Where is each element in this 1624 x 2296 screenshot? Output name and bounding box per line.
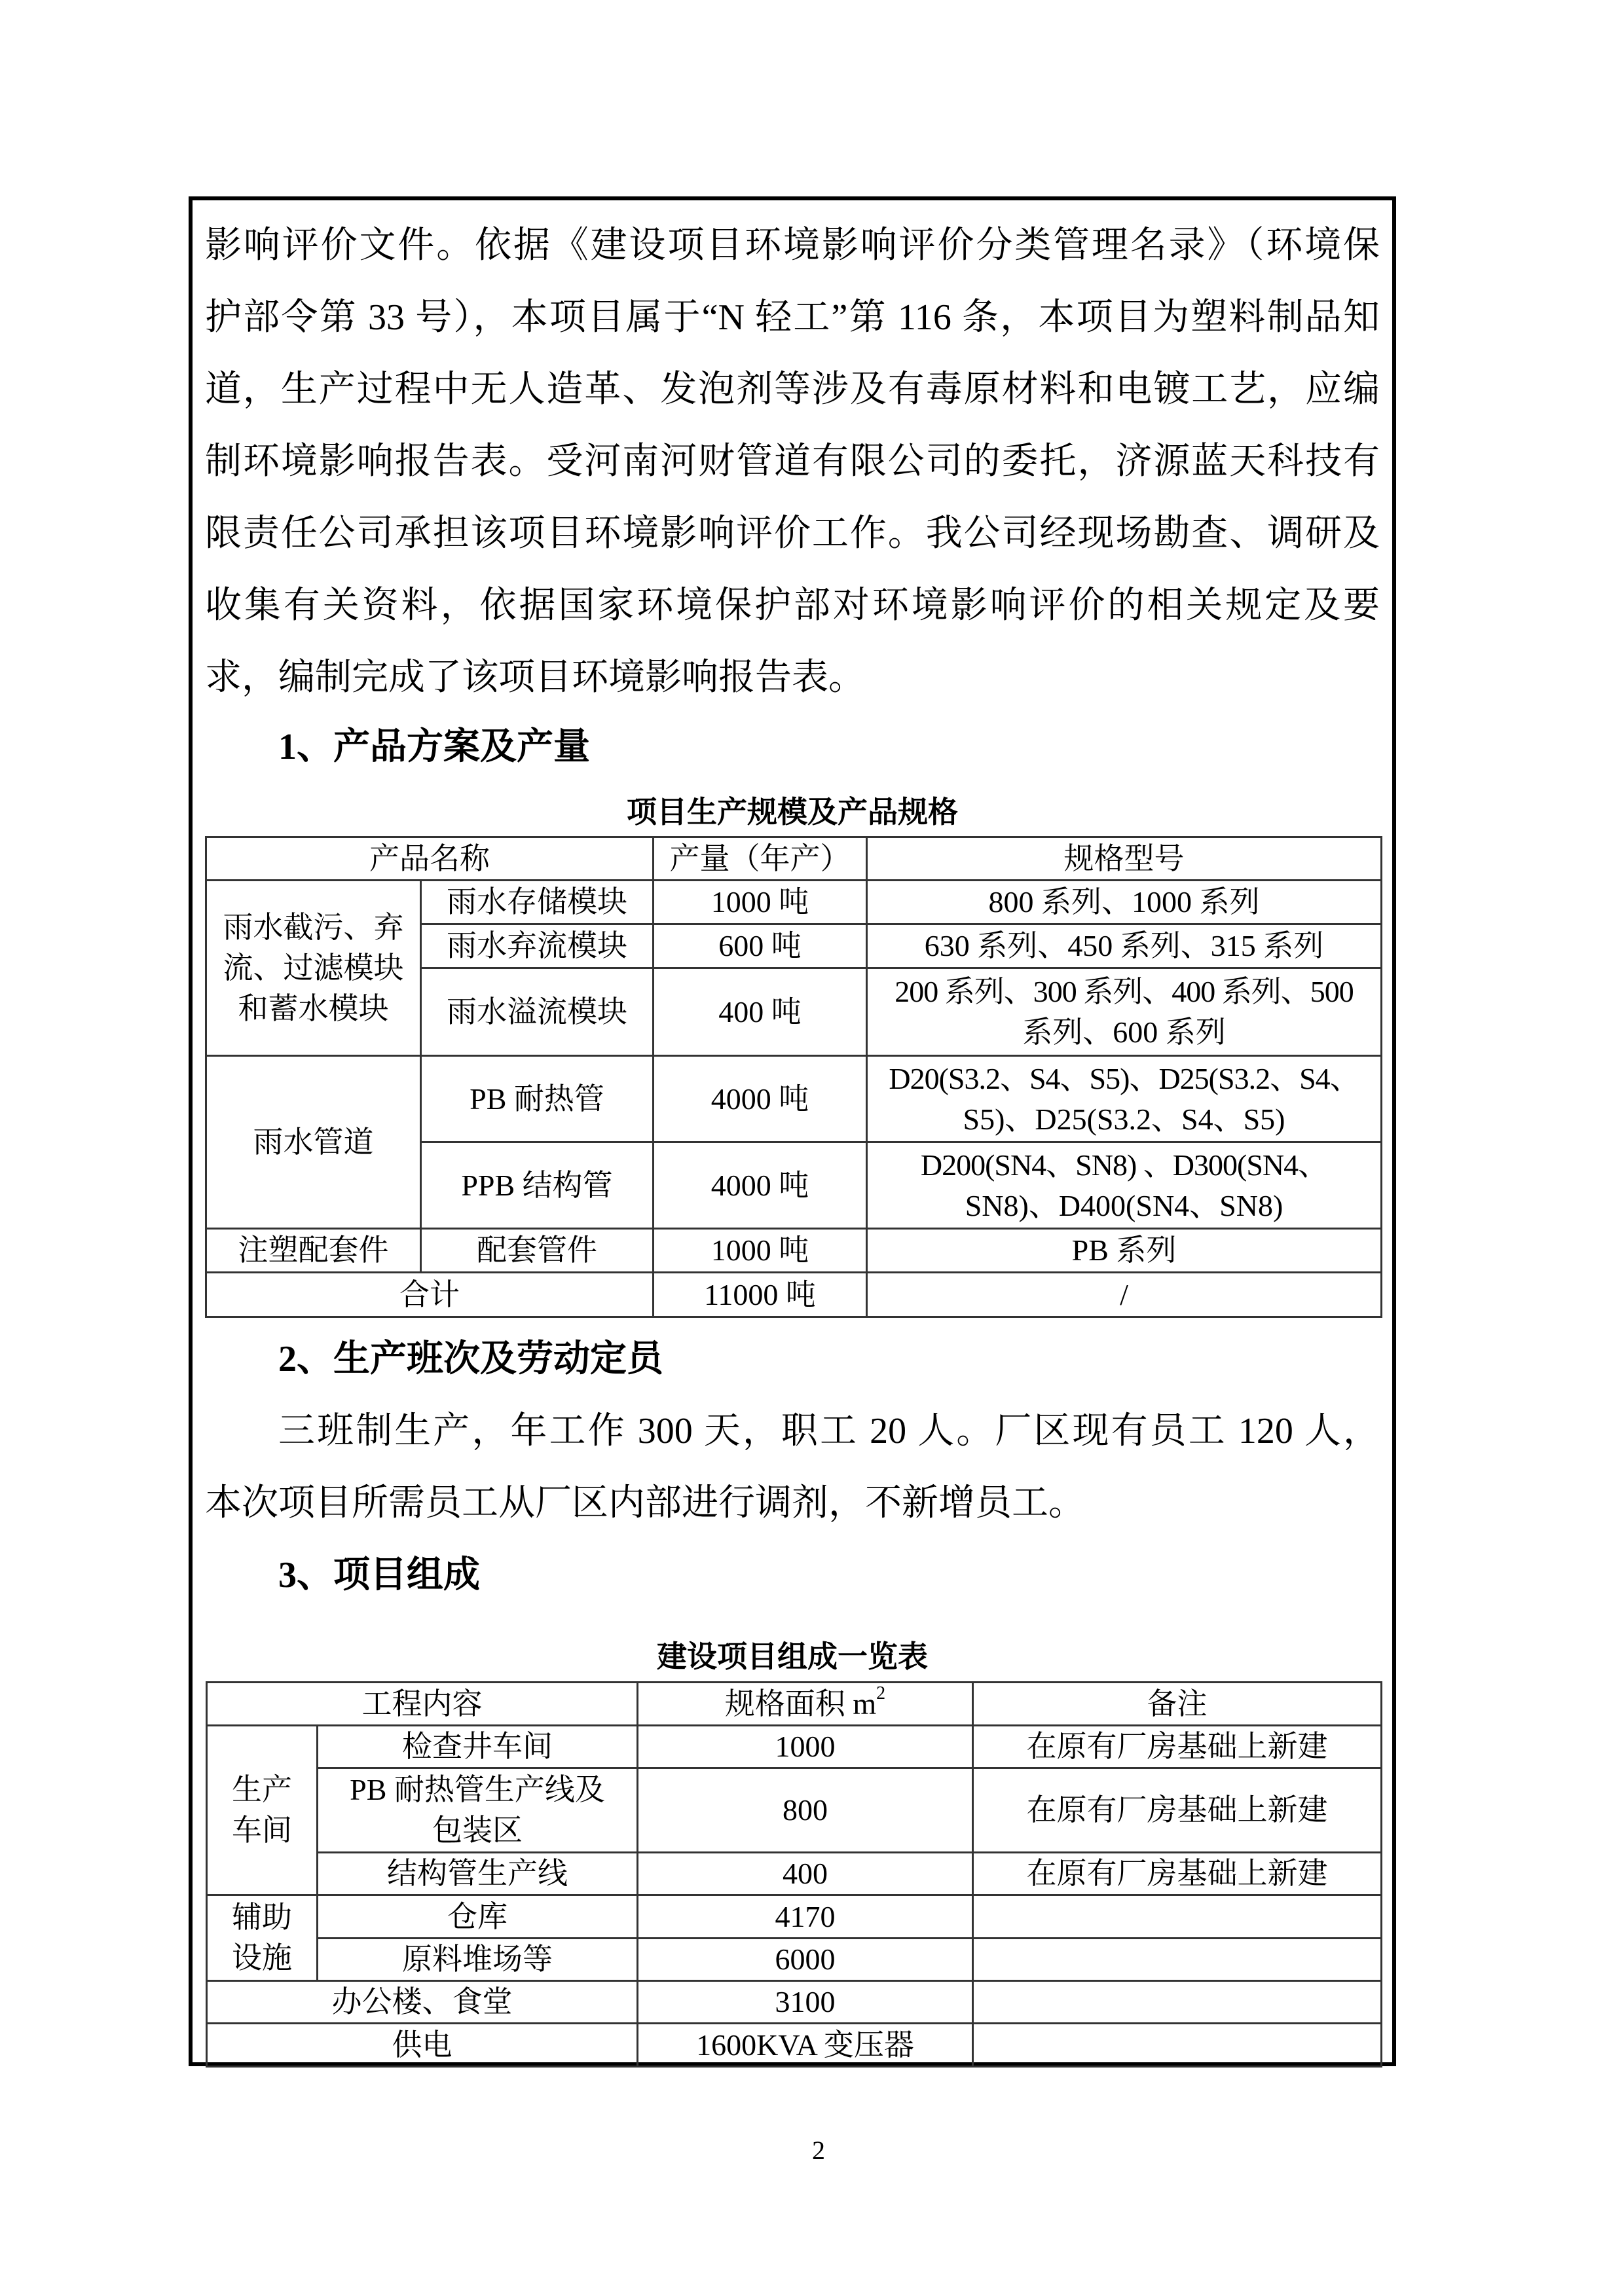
- table-row: PB 耐热管生产线及 包装区 800 在原有厂房基础上新建: [207, 1768, 1382, 1853]
- item-area: 1600KVA 变压器: [638, 2024, 973, 2067]
- product-output: 4000 吨: [654, 1056, 867, 1142]
- section-heading-products: 1、产品方案及产量: [278, 725, 590, 769]
- paragraph-line: 限责任公司承担该项目环境影响评价工作。我公司经现场勘查、调研及: [205, 512, 1380, 555]
- table-row: 雨水截污、弃 流、过滤模块 和蓄水模块 雨水存储模块 1000 吨 800 系列…: [206, 881, 1382, 924]
- product-spec: 630 系列、450 系列、315 系列: [867, 924, 1382, 968]
- product-name: 雨水存储模块: [421, 881, 654, 924]
- item-note: 在原有厂房基础上新建: [973, 1768, 1382, 1853]
- table-row: 供电 1600KVA 变压器: [207, 2024, 1382, 2067]
- item-area: 3100: [638, 1981, 973, 2024]
- group-label-auxiliary-facilities: 辅助 设施: [207, 1895, 318, 1981]
- item-note: [973, 1895, 1382, 1939]
- table-row: 注塑配套件 配套管件 1000 吨 PB 系列: [206, 1229, 1382, 1273]
- total-output: 11000 吨: [654, 1273, 867, 1317]
- header-content: 工程内容: [207, 1683, 638, 1726]
- product-spec: D20(S3.2、S4、S5)、D25(S3.2、S4、 S5)、D25(S3.…: [867, 1056, 1382, 1142]
- header-note: 备注: [973, 1683, 1382, 1726]
- item-note: 在原有厂房基础上新建: [973, 1726, 1382, 1768]
- paragraph-line: 道，生产过程中无人造革、发泡剂等涉及有毒原材料和电镀工艺，应编: [205, 368, 1380, 411]
- table-row: 雨水管道 PB 耐热管 4000 吨 D20(S3.2、S4、S5)、D25(S…: [206, 1056, 1382, 1142]
- table-row: 结构管生产线 400 在原有厂房基础上新建: [207, 1853, 1382, 1895]
- product-name: 雨水溢流模块: [421, 968, 654, 1056]
- product-name: PPB 结构管: [421, 1142, 654, 1229]
- paragraph-line: 收集有关资料，依据国家环境保护部对环境影响评价的相关规定及要: [205, 584, 1380, 627]
- product-output: 400 吨: [654, 968, 867, 1056]
- paragraph-line: 制环境影响报告表。受河南河财管道有限公司的委托，济源蓝天科技有: [205, 440, 1380, 483]
- item-name-line: PB 耐热管生产线及: [322, 1770, 633, 1810]
- composition-table: 工程内容 规格面积 m2 备注 生产 车间 检查井车间 1000 在原有厂房基础…: [206, 1681, 1382, 2068]
- product-name: 雨水弃流模块: [421, 924, 654, 968]
- group-label-production-workshop: 生产 车间: [207, 1726, 318, 1895]
- item-area: 800: [638, 1768, 973, 1853]
- table-title-production: 项目生产规模及产品规格: [205, 794, 1380, 831]
- item-note: 在原有厂房基础上新建: [973, 1853, 1382, 1895]
- item-note: [973, 1939, 1382, 1981]
- page-number: 2: [805, 2136, 832, 2166]
- item-area: 1000: [638, 1726, 973, 1768]
- group-label-line: 生产: [212, 1770, 312, 1810]
- product-name: PB 耐热管: [421, 1056, 654, 1142]
- paragraph-line: 影响评价文件。依据《建设项目环境影响评价分类管理名录》（环境保: [205, 224, 1380, 267]
- spec-line: 200 系列、300 系列、400 系列、500: [872, 972, 1376, 1012]
- production-table: 产品名称 产量（年产） 规格型号 雨水截污、弃 流、过滤模块 和蓄水模块 雨水存…: [205, 836, 1382, 1318]
- header-output: 产量（年产）: [654, 837, 867, 881]
- product-output: 4000 吨: [654, 1142, 867, 1229]
- item-name: 供电: [207, 2024, 638, 2067]
- item-note: [973, 1981, 1382, 2024]
- section-heading-staffing: 2、生产班次及劳动定员: [278, 1338, 663, 1381]
- table-header-row: 工程内容 规格面积 m2 备注: [207, 1683, 1382, 1726]
- paragraph-line: 本次项目所需员工从厂区内部进行调剂，不新增员工。: [205, 1482, 1380, 1525]
- group-label-line: 和蓄水模块: [211, 989, 416, 1029]
- product-spec: 800 系列、1000 系列: [867, 881, 1382, 924]
- item-note: [973, 2024, 1382, 2067]
- group-label-rainwater-pipes: 雨水管道: [206, 1056, 421, 1229]
- header-spec: 规格型号: [867, 837, 1382, 881]
- item-name: 办公楼、食堂: [207, 1981, 638, 2024]
- header-area-label: 规格面积 m: [725, 1687, 876, 1721]
- table-row: 辅助 设施 仓库 4170: [207, 1895, 1382, 1939]
- product-output: 600 吨: [654, 924, 867, 968]
- table-title-composition: 建设项目组成一览表: [205, 1639, 1380, 1675]
- group-label-line: 流、过滤模块: [211, 948, 416, 989]
- header-product-name: 产品名称: [206, 837, 654, 881]
- paragraph-line: 三班制生产，年工作 300 天，职工 20 人。厂区现有员工 120 人，: [278, 1410, 1380, 1453]
- product-output: 1000 吨: [654, 881, 867, 924]
- paragraph-line: 护部令第 33 号），本项目属于“N 轻工”第 116 条，本项目为塑料制品知: [205, 296, 1380, 339]
- section-heading-composition: 3、项目组成: [278, 1554, 480, 1597]
- product-name: 配套管件: [421, 1229, 654, 1273]
- item-name: 检查井车间: [318, 1726, 638, 1768]
- header-area: 规格面积 m2: [638, 1683, 973, 1726]
- item-name: 结构管生产线: [318, 1853, 638, 1895]
- table-total-row: 合计 11000 吨 /: [206, 1273, 1382, 1317]
- header-area-superscript: 2: [876, 1683, 885, 1704]
- item-name: PB 耐热管生产线及 包装区: [318, 1768, 638, 1853]
- item-name-line: 包装区: [322, 1810, 633, 1851]
- total-spec: /: [867, 1273, 1382, 1317]
- spec-line: D200(SN4、SN8) 、D300(SN4、: [872, 1145, 1376, 1186]
- spec-line: 系列、600 系列: [872, 1012, 1376, 1053]
- spec-line: S5)、D25(S3.2、S4、S5): [872, 1099, 1376, 1140]
- table-header-row: 产品名称 产量（年产） 规格型号: [206, 837, 1382, 881]
- product-spec: 200 系列、300 系列、400 系列、500 系列、600 系列: [867, 968, 1382, 1056]
- item-area: 6000: [638, 1939, 973, 1981]
- table-row: 原料堆场等 6000: [207, 1939, 1382, 1981]
- group-label-rainwater-modules: 雨水截污、弃 流、过滤模块 和蓄水模块: [206, 881, 421, 1056]
- paragraph-line: 求，编制完成了该项目环境影响报告表。: [205, 656, 1380, 699]
- item-area: 400: [638, 1853, 973, 1895]
- group-label-line: 雨水截污、弃: [211, 907, 416, 948]
- product-spec: PB 系列: [867, 1229, 1382, 1273]
- item-area: 4170: [638, 1895, 973, 1939]
- spec-line: SN8)、D400(SN4、SN8): [872, 1186, 1376, 1226]
- spec-line: D20(S3.2、S4、S5)、D25(S3.2、S4、: [872, 1059, 1376, 1099]
- table-row: 办公楼、食堂 3100: [207, 1981, 1382, 2024]
- total-label: 合计: [206, 1273, 654, 1317]
- group-label-line: 辅助: [212, 1897, 312, 1938]
- group-label-injection-fittings: 注塑配套件: [206, 1229, 421, 1273]
- item-name: 仓库: [318, 1895, 638, 1939]
- table-row: 生产 车间 检查井车间 1000 在原有厂房基础上新建: [207, 1726, 1382, 1768]
- product-output: 1000 吨: [654, 1229, 867, 1273]
- item-name: 原料堆场等: [318, 1939, 638, 1981]
- group-label-line: 设施: [212, 1938, 312, 1978]
- product-spec: D200(SN4、SN8) 、D300(SN4、 SN8)、D400(SN4、S…: [867, 1142, 1382, 1229]
- group-label-line: 车间: [212, 1810, 312, 1851]
